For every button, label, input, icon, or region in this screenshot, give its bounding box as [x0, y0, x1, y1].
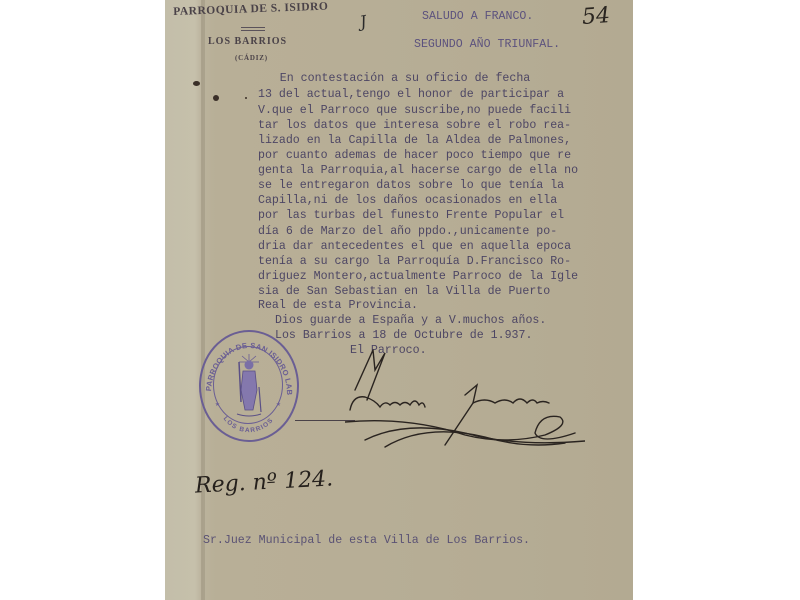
body-line: sia de San Sebastian en la Villa de Puer…: [258, 285, 550, 298]
letterhead-town: LOS BARRIOS: [208, 36, 287, 47]
svg-text:LOS BARRIOS: LOS BARRIOS: [222, 415, 275, 434]
folded-left-edge: [165, 0, 203, 600]
body-line: tar los datos que interesa sobre el robo…: [258, 119, 571, 132]
body-line: lizado en la Capilla de la Aldea de Palm…: [258, 134, 571, 147]
ink-speck: [245, 97, 247, 99]
document-page: PARROQUIA DE S. ISIDRO LOS BARRIOS (CÁDI…: [165, 0, 633, 600]
closing-place-date: Los Barrios a 18 de Octubre de 1.937.: [275, 329, 532, 342]
body-line: Real de esta Provincia.: [258, 299, 418, 312]
body-line: genta la Parroquia,al hacerse cargo de e…: [258, 164, 578, 177]
body-line: En contestación a su oficio de fecha: [245, 72, 530, 85]
body-line: día 6 de Marzo del año ppdo.,unicamente …: [258, 225, 557, 238]
closing-blessing: Dios guarde a España y a V.muchos años.: [275, 314, 546, 327]
body-line: driguez Montero,actualmente Parroco de l…: [258, 270, 578, 283]
body-line: Capilla,ni de los daños ocasionados en e…: [258, 194, 557, 207]
ink-speck: [213, 95, 219, 101]
letterhead-province: (CÁDIZ): [235, 54, 268, 62]
ink-speck: [193, 81, 200, 86]
svg-text:★: ★: [276, 400, 281, 409]
header-line-1: SALUDO A FRANCO.: [422, 10, 533, 23]
body-line: se le entregaron datos sobre lo que tení…: [258, 179, 564, 192]
folio-number: 54: [581, 3, 611, 30]
addressee-line: Sr.Juez Municipal de esta Villa de Los B…: [203, 534, 530, 547]
registry-note: Reg. nº 124.: [194, 466, 333, 498]
body-line: por las turbas del funesto Frente Popula…: [258, 209, 564, 222]
body-line: dria dar antecedentes el que en aquella …: [258, 240, 571, 253]
parish-stamp: PARROQUIA DE SAN ISIDRO LABRADOR LOS BAR…: [199, 330, 299, 442]
saint-figure-icon: PARROQUIA DE SAN ISIDRO LABRADOR LOS BAR…: [201, 332, 297, 440]
body-line: por cuanto ademas de hacer poco tiempo q…: [258, 149, 571, 162]
stamp-bottom-text: LOS BARRIOS: [222, 415, 275, 434]
body-line: tenía a su cargo la Parroquía D.Francisc…: [258, 255, 571, 268]
fold-shadow: [201, 0, 205, 600]
handwritten-signature: [345, 345, 585, 465]
margin-mark: J: [358, 12, 368, 32]
body-line: 13 del actual,tengo el honor de particip…: [258, 88, 564, 101]
letterhead-rule: [241, 27, 265, 31]
body-line: V.que el Parroco que suscribe,no puede f…: [258, 104, 571, 117]
header-line-2: SEGUNDO AÑO TRIUNFAL.: [414, 38, 560, 51]
svg-text:★: ★: [215, 400, 220, 409]
